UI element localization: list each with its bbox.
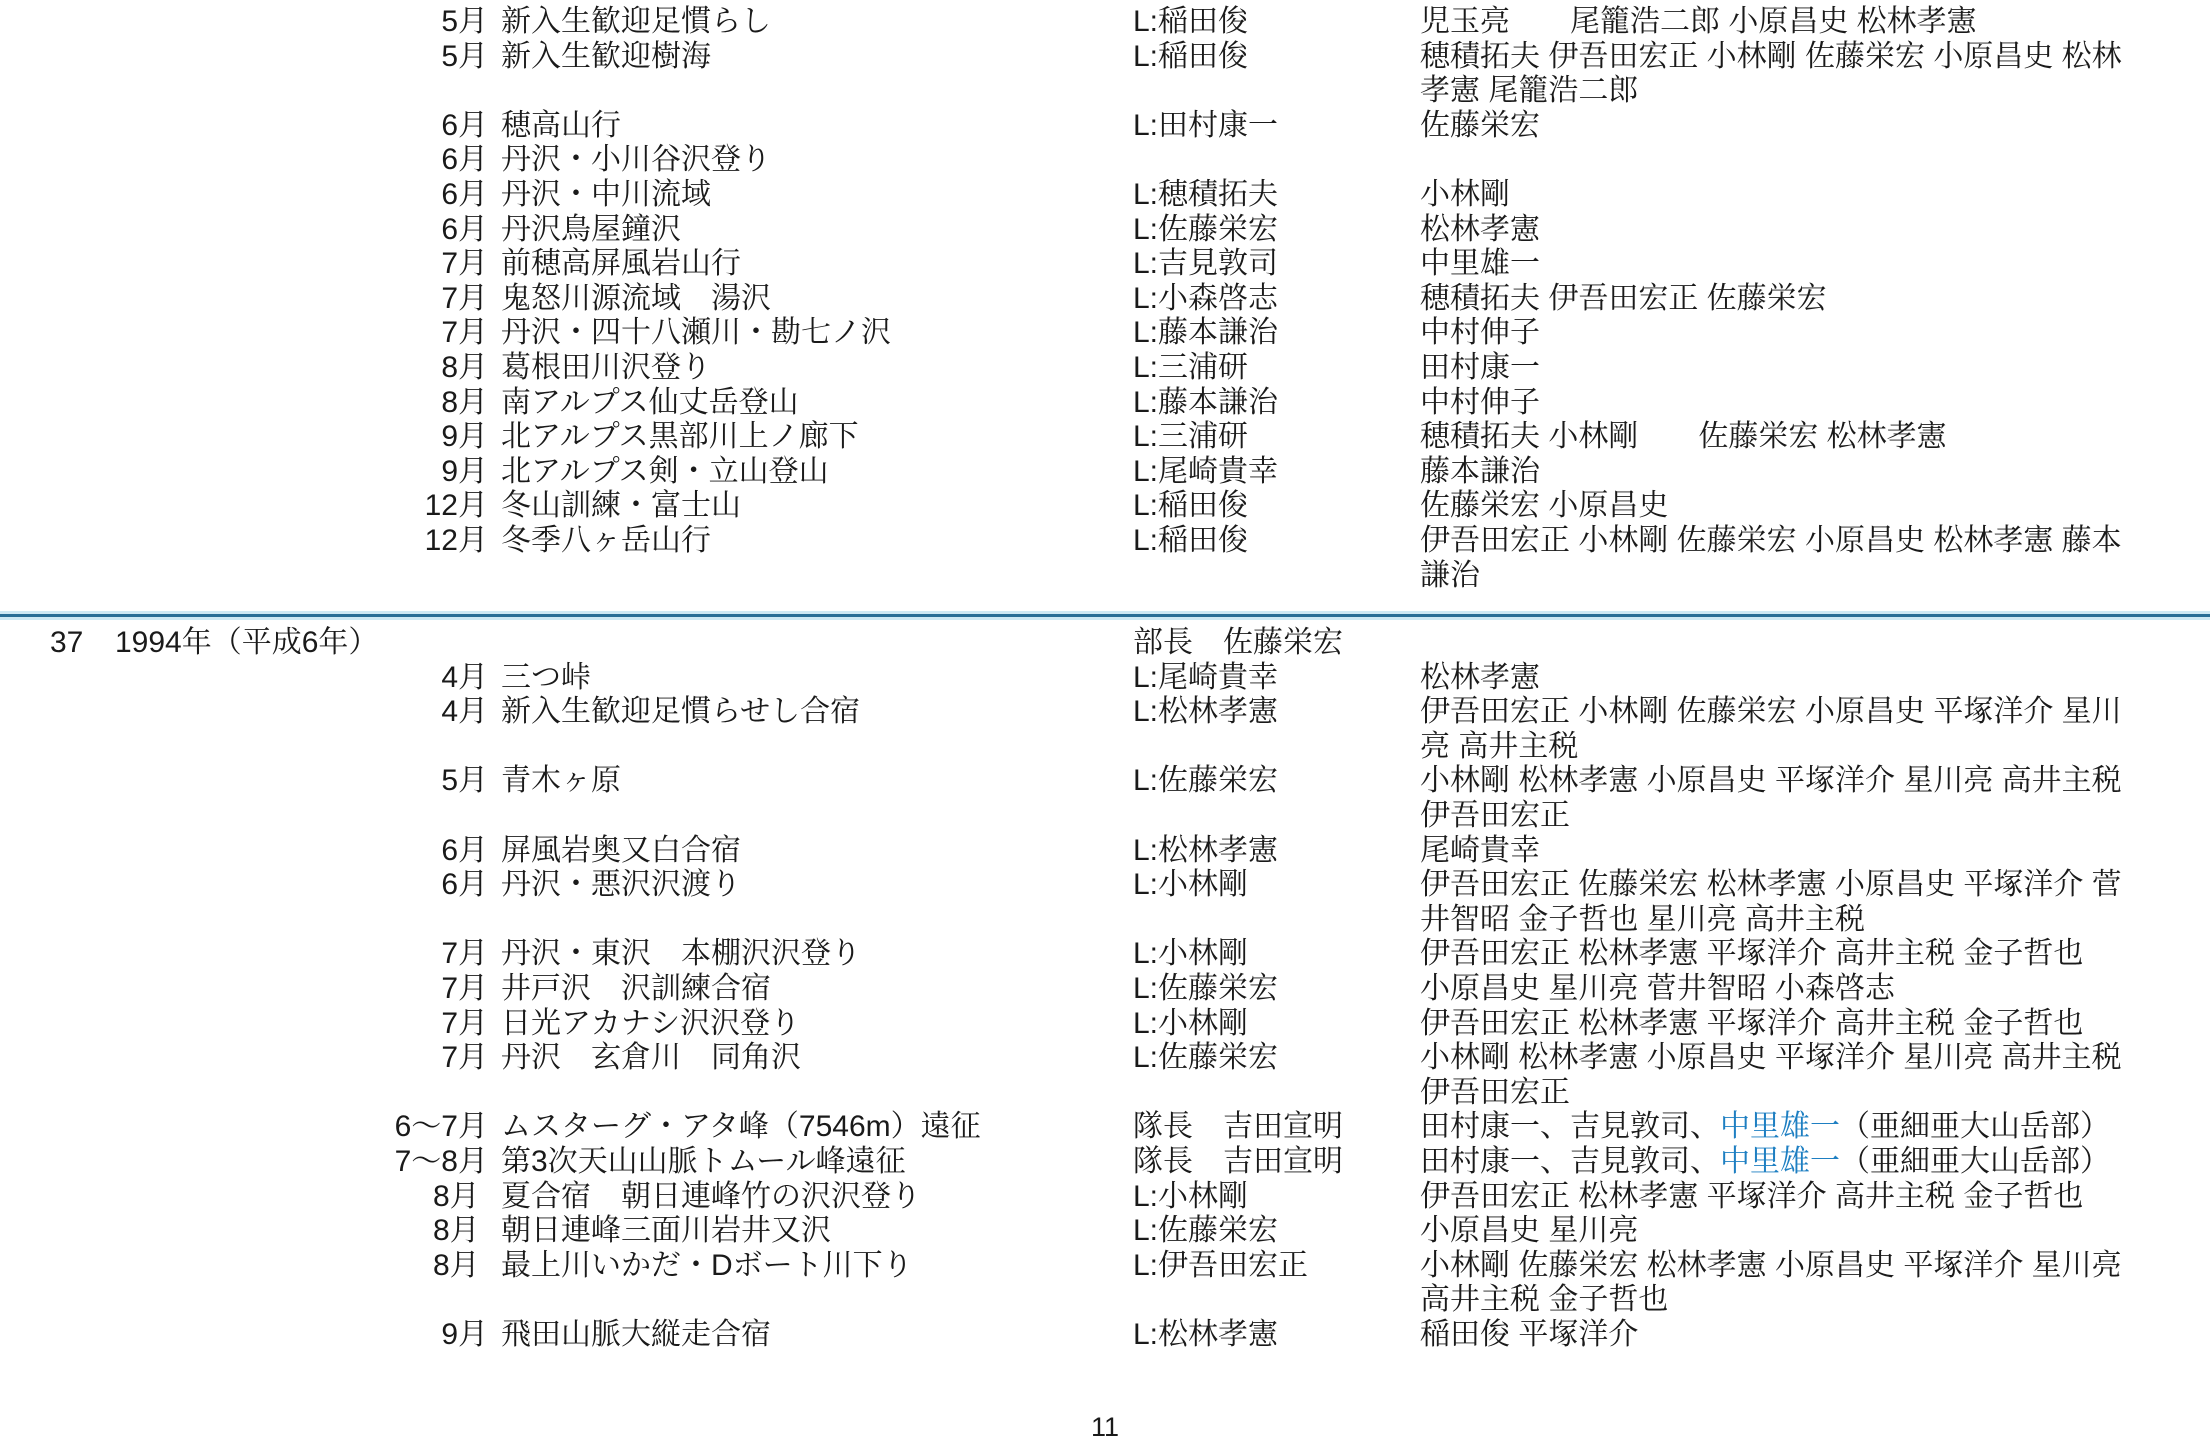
table-row: 5月 新入生歓迎樹海 L:稲田俊 穂積拓夫 伊吾田宏正 小林剛 佐藤栄宏 小原昌… <box>0 40 2210 109</box>
participants-cell: 藤本謙治 <box>1420 455 2145 490</box>
month-cell: 7月 <box>0 316 488 351</box>
activity-cell: 日光アカナシ沢沢登り <box>488 1007 1133 1042</box>
participant-names: 穂積拓夫 小林剛 佐藤栄宏 松林孝憲 <box>1420 420 1947 453</box>
month-cell: 12月 <box>0 489 488 524</box>
year-label: 1994年（平成6年） <box>115 626 1133 661</box>
participants-cell: 尾崎貴幸 <box>1420 834 2145 869</box>
participant-names: 伊吾田宏正 松林孝憲 平塚洋介 高井主税 金子哲也 <box>1420 1007 2083 1040</box>
activity-cell: 屏風岩奥又白合宿 <box>488 834 1133 869</box>
month-cell: 6月 <box>0 213 488 248</box>
leader-cell: L:三浦研 <box>1133 351 1420 386</box>
participants-cell: 小林剛 松林孝憲 小原昌史 平塚洋介 星川亮 高井主税 伊吾田宏正 <box>1420 1041 2145 1110</box>
activity-cell: 丹沢・小川谷沢登り <box>488 143 1133 178</box>
activity-cell: 青木ヶ原 <box>488 764 1133 799</box>
month-cell: 5月 <box>0 40 488 75</box>
leader-cell: L:小林剛 <box>1133 868 1420 903</box>
participant-names: 伊吾田宏正 小林剛 佐藤栄宏 小原昌史 平塚洋介 星川亮 高井主税 <box>1420 695 2122 763</box>
activity-cell: 丹沢鳥屋鐘沢 <box>488 213 1133 248</box>
participant-link[interactable]: 中里雄一 <box>1720 1145 1840 1178</box>
month-cell: 7月 <box>0 937 488 972</box>
table-row: 9月 北アルプス黒部川上ノ廊下 L:三浦研 穂積拓夫 小林剛 佐藤栄宏 松林孝憲 <box>0 420 2210 455</box>
table-row: 6月 丹沢・悪沢沢渡り L:小林剛 伊吾田宏正 佐藤栄宏 松林孝憲 小原昌史 平… <box>0 868 2210 937</box>
leader-cell: L:小林剛 <box>1133 937 1420 972</box>
month-cell: 7月 <box>0 1041 488 1076</box>
activity-cell: 葛根田川沢登り <box>488 351 1133 386</box>
leader-cell: L:佐藤栄宏 <box>1133 1041 1420 1076</box>
leader-cell: L:田村康一 <box>1133 109 1420 144</box>
leader-cell: L:稲田俊 <box>1133 40 1420 75</box>
table-row: 6月 丹沢鳥屋鐘沢 L:佐藤栄宏 松林孝憲 <box>0 213 2210 248</box>
activity-cell: 飛田山脈大縦走合宿 <box>488 1318 1133 1353</box>
leader-cell: L:稲田俊 <box>1133 5 1420 40</box>
leader-cell: L:吉見敦司 <box>1133 247 1420 282</box>
table-row: 7月 日光アカナシ沢沢登り L:小林剛 伊吾田宏正 松林孝憲 平塚洋介 高井主税… <box>0 1007 2210 1042</box>
table-row: 7～8月 第3次天山山脈トムール峰遠征 隊長 吉田宣明 田村康一、吉見敦司、中里… <box>0 1145 2210 1180</box>
participant-names: 穂積拓夫 伊吾田宏正 佐藤栄宏 <box>1420 282 1827 315</box>
table-row: 12月 冬山訓練・富士山 L:稲田俊 佐藤栄宏 小原昌史 <box>0 489 2210 524</box>
participants-cell: 中里雄一 <box>1420 247 2145 282</box>
participant-names: （亜細亜大山岳部） <box>1840 1145 2110 1178</box>
participants-cell: 中村伸子 <box>1420 316 2145 351</box>
participant-names: 佐藤栄宏 小原昌史 <box>1420 489 1668 522</box>
participants-cell: 田村康一、吉見敦司、中里雄一（亜細亜大山岳部） <box>1420 1145 2145 1180</box>
participants-cell: 松林孝憲 <box>1420 213 2145 248</box>
participant-names: 伊吾田宏正 松林孝憲 平塚洋介 高井主税 金子哲也 <box>1420 937 2083 970</box>
activity-cell: 新入生歓迎足慣らし <box>488 5 1133 40</box>
leader-cell: L:佐藤栄宏 <box>1133 1214 1420 1249</box>
month-cell: 6～7月 <box>0 1110 488 1145</box>
participant-names: 穂積拓夫 伊吾田宏正 小林剛 佐藤栄宏 小原昌史 松林孝憲 尾籠浩二郎 <box>1420 40 2122 108</box>
activity-cell: 丹沢 玄倉川 同角沢 <box>488 1041 1133 1076</box>
participants-cell: 伊吾田宏正 松林孝憲 平塚洋介 高井主税 金子哲也 <box>1420 1007 2145 1042</box>
activity-cell: 新入生歓迎足慣らせし合宿 <box>488 695 1133 730</box>
activity-cell: 南アルプス仙丈岳登山 <box>488 386 1133 421</box>
leader-cell: L:尾崎貴幸 <box>1133 661 1420 696</box>
activity-cell: 最上川いかだ・Dボート川下り <box>488 1249 1133 1284</box>
leader-cell: L:藤本謙治 <box>1133 316 1420 351</box>
table-row: 8月 葛根田川沢登り L:三浦研 田村康一 <box>0 351 2210 386</box>
leader-cell: L:藤本謙治 <box>1133 386 1420 421</box>
table-row: 6月 屏風岩奥又白合宿 L:松林孝憲 尾崎貴幸 <box>0 834 2210 869</box>
leader-cell: L:稲田俊 <box>1133 489 1420 524</box>
month-cell: 8月 <box>0 386 488 421</box>
participant-names: 松林孝憲 <box>1420 661 1540 694</box>
month-cell: 9月 <box>0 1318 488 1353</box>
month-cell: 7月 <box>0 1007 488 1042</box>
participant-names: 田村康一 <box>1420 351 1540 384</box>
participant-link[interactable]: 中里雄一 <box>1720 1110 1840 1143</box>
month-cell: 6月 <box>0 143 488 178</box>
activity-cell: 三つ峠 <box>488 661 1133 696</box>
table-row: 6月 丹沢・中川流域 L:穂積拓夫 小林剛 <box>0 178 2210 213</box>
activity-cell: 北アルプス剣・立山登山 <box>488 455 1133 490</box>
leader-cell: L:稲田俊 <box>1133 524 1420 559</box>
month-cell: 7月 <box>0 972 488 1007</box>
table-row: 12月 冬季八ヶ岳山行 L:稲田俊 伊吾田宏正 小林剛 佐藤栄宏 小原昌史 松林… <box>0 524 2210 593</box>
month-cell: 6月 <box>0 178 488 213</box>
year-divider-line <box>0 611 2210 620</box>
participant-names: 田村康一、吉見敦司、 <box>1420 1145 1720 1178</box>
table-row: 5月 新入生歓迎足慣らし L:稲田俊 児玉亮 尾籠浩二郎 小原昌史 松林孝憲 <box>0 5 2210 40</box>
table-row: 8月 朝日連峰三面川岩井又沢 L:佐藤栄宏 小原昌史 星川亮 <box>0 1214 2210 1249</box>
table-row: 7月 前穂高屏風岩山行 L:吉見敦司 中里雄一 <box>0 247 2210 282</box>
activity-cell: 朝日連峰三面川岩井又沢 <box>488 1214 1133 1249</box>
table-row: 7月 丹沢 玄倉川 同角沢 L:佐藤栄宏 小林剛 松林孝憲 小原昌史 平塚洋介 … <box>0 1041 2210 1110</box>
leader-cell: L:尾崎貴幸 <box>1133 455 1420 490</box>
participants-cell: 小林剛 松林孝憲 小原昌史 平塚洋介 星川亮 高井主税 伊吾田宏正 <box>1420 764 2145 833</box>
participants-cell: 伊吾田宏正 松林孝憲 平塚洋介 高井主税 金子哲也 <box>1420 937 2145 972</box>
participant-names: 田村康一、吉見敦司、 <box>1420 1110 1720 1143</box>
participants-cell <box>1420 143 2145 178</box>
leader-cell: 隊長 吉田宣明 <box>1133 1110 1420 1145</box>
month-cell: 12月 <box>0 524 488 559</box>
year-header-row: 37 1994年（平成6年） 部長 佐藤栄宏 <box>0 626 2210 661</box>
leader-cell: L:松林孝憲 <box>1133 1318 1420 1353</box>
table-row: 8月 南アルプス仙丈岳登山 L:藤本謙治 中村伸子 <box>0 386 2210 421</box>
leader-cell: L:三浦研 <box>1133 420 1420 455</box>
participants-cell: 伊吾田宏正 佐藤栄宏 松林孝憲 小原昌史 平塚洋介 菅井智昭 金子哲也 星川亮 … <box>1420 868 2145 937</box>
participant-names: 中村伸子 <box>1420 386 1540 419</box>
activity-cell: ムスターグ・アタ峰（7546m）遠征 <box>488 1110 1133 1145</box>
month-cell: 7月 <box>0 282 488 317</box>
activity-cell: 北アルプス黒部川上ノ廊下 <box>488 420 1133 455</box>
table-row: 7月 丹沢・四十八瀬川・勘七ノ沢 L:藤本謙治 中村伸子 <box>0 316 2210 351</box>
participant-names: 小林剛 <box>1420 178 1510 211</box>
participant-names: 中村伸子 <box>1420 316 1540 349</box>
participant-names: 伊吾田宏正 小林剛 佐藤栄宏 小原昌史 松林孝憲 藤本謙治 <box>1420 524 2122 592</box>
month-cell: 9月 <box>0 455 488 490</box>
month-cell: 4月 <box>0 695 488 730</box>
leader-cell: 隊長 吉田宣明 <box>1133 1145 1420 1180</box>
leader-cell: L:小林剛 <box>1133 1180 1420 1215</box>
leader-cell: L:小林剛 <box>1133 1007 1420 1042</box>
month-cell: 6月 <box>0 834 488 869</box>
participant-names: 小林剛 松林孝憲 小原昌史 平塚洋介 星川亮 高井主税 伊吾田宏正 <box>1420 764 2130 832</box>
participants-cell: 田村康一 <box>1420 351 2145 386</box>
participant-names: 伊吾田宏正 佐藤栄宏 松林孝憲 小原昌史 平塚洋介 菅井智昭 金子哲也 星川亮 … <box>1420 868 2122 936</box>
participants-cell: 穂積拓夫 小林剛 佐藤栄宏 松林孝憲 <box>1420 420 2145 455</box>
participants-cell: 伊吾田宏正 小林剛 佐藤栄宏 小原昌史 平塚洋介 星川亮 高井主税 <box>1420 695 2145 764</box>
leader-cell: L:小森啓志 <box>1133 282 1420 317</box>
participant-names: 稲田俊 平塚洋介 <box>1420 1318 1638 1351</box>
activity-log-page: 5月 新入生歓迎足慣らし L:稲田俊 児玉亮 尾籠浩二郎 小原昌史 松林孝憲 5… <box>0 0 2210 1453</box>
leader-cell <box>1133 143 1420 178</box>
activity-table: 5月 新入生歓迎足慣らし L:稲田俊 児玉亮 尾籠浩二郎 小原昌史 松林孝憲 5… <box>0 5 2210 1353</box>
activity-cell: 冬山訓練・富士山 <box>488 489 1133 524</box>
month-cell: 7月 <box>0 247 488 282</box>
month-cell: 6月 <box>0 109 488 144</box>
month-cell: 5月 <box>0 764 488 799</box>
participant-names: 小林剛 佐藤栄宏 松林孝憲 小原昌史 平塚洋介 星川亮 高井主税 金子哲也 <box>1420 1249 2130 1317</box>
participant-names: 佐藤栄宏 <box>1420 109 1540 142</box>
participants-cell: 稲田俊 平塚洋介 <box>1420 1318 2145 1353</box>
activity-cell: 丹沢・東沢 本棚沢沢登り <box>488 937 1133 972</box>
month-cell: 8月 <box>0 351 488 386</box>
activity-cell: 第3次天山山脈トムール峰遠征 <box>488 1145 1133 1180</box>
table-row: 6月 丹沢・小川谷沢登り <box>0 143 2210 178</box>
participants-cell: 児玉亮 尾籠浩二郎 小原昌史 松林孝憲 <box>1420 5 2145 40</box>
participant-names: 尾崎貴幸 <box>1420 834 1540 867</box>
activity-cell: 鬼怒川源流域 湯沢 <box>488 282 1133 317</box>
month-cell: 7～8月 <box>0 1145 488 1180</box>
participant-names: 伊吾田宏正 松林孝憲 平塚洋介 高井主税 金子哲也 <box>1420 1180 2083 1213</box>
participants-cell: 小原昌史 星川亮 菅井智昭 小森啓志 <box>1420 972 2145 1007</box>
participants-cell: 小林剛 <box>1420 178 2145 213</box>
month-cell: 8月 <box>0 1249 488 1284</box>
participant-names: 松林孝憲 <box>1420 213 1540 246</box>
table-row: 8月 最上川いかだ・Dボート川下り L:伊吾田宏正 小林剛 佐藤栄宏 松林孝憲 … <box>0 1249 2210 1318</box>
table-row: 6月 穂高山行 L:田村康一 佐藤栄宏 <box>0 109 2210 144</box>
month-cell: 6月 <box>0 868 488 903</box>
table-row: 4月 三つ峠 L:尾崎貴幸 松林孝憲 <box>0 661 2210 696</box>
month-cell: 8月 <box>0 1214 488 1249</box>
participant-names: 児玉亮 尾籠浩二郎 小原昌史 松林孝憲 <box>1420 5 1977 38</box>
participants-cell: 佐藤栄宏 <box>1420 109 2145 144</box>
leader-cell: L:佐藤栄宏 <box>1133 764 1420 799</box>
leader-cell: L:穂積拓夫 <box>1133 178 1420 213</box>
page-number: 11 <box>0 1410 2210 1445</box>
table-row: 7月 丹沢・東沢 本棚沢沢登り L:小林剛 伊吾田宏正 松林孝憲 平塚洋介 高井… <box>0 937 2210 972</box>
year-number: 37 <box>50 626 115 661</box>
participant-names: 藤本謙治 <box>1420 455 1540 488</box>
table-row: 8月 夏合宿 朝日連峰竹の沢沢登り L:小林剛 伊吾田宏正 松林孝憲 平塚洋介 … <box>0 1180 2210 1215</box>
activity-cell: 夏合宿 朝日連峰竹の沢沢登り <box>488 1180 1133 1215</box>
table-row: 9月 北アルプス剣・立山登山 L:尾崎貴幸 藤本謙治 <box>0 455 2210 490</box>
table-row: 4月 新入生歓迎足慣らせし合宿 L:松林孝憲 伊吾田宏正 小林剛 佐藤栄宏 小原… <box>0 695 2210 764</box>
participants-cell: 穂積拓夫 伊吾田宏正 小林剛 佐藤栄宏 小原昌史 松林孝憲 尾籠浩二郎 <box>1420 40 2145 109</box>
participants-cell: 小林剛 佐藤栄宏 松林孝憲 小原昌史 平塚洋介 星川亮 高井主税 金子哲也 <box>1420 1249 2145 1318</box>
club-head-cell: 部長 佐藤栄宏 <box>1133 626 2210 661</box>
participants-cell: 伊吾田宏正 小林剛 佐藤栄宏 小原昌史 松林孝憲 藤本謙治 <box>1420 524 2145 593</box>
participant-names: 中里雄一 <box>1420 247 1540 280</box>
activity-cell: 丹沢・四十八瀬川・勘七ノ沢 <box>488 316 1133 351</box>
activity-cell: 穂高山行 <box>488 109 1133 144</box>
activity-cell: 新入生歓迎樹海 <box>488 40 1133 75</box>
participants-cell: 伊吾田宏正 松林孝憲 平塚洋介 高井主税 金子哲也 <box>1420 1180 2145 1215</box>
leader-cell: L:松林孝憲 <box>1133 834 1420 869</box>
table-row: 5月 青木ヶ原 L:佐藤栄宏 小林剛 松林孝憲 小原昌史 平塚洋介 星川亮 高井… <box>0 764 2210 833</box>
activity-cell: 丹沢・中川流域 <box>488 178 1133 213</box>
leader-cell: L:佐藤栄宏 <box>1133 213 1420 248</box>
table-row: 7月 鬼怒川源流域 湯沢 L:小森啓志 穂積拓夫 伊吾田宏正 佐藤栄宏 <box>0 282 2210 317</box>
month-cell: 8月 <box>0 1180 488 1215</box>
table-row: 9月 飛田山脈大縦走合宿 L:松林孝憲 稲田俊 平塚洋介 <box>0 1318 2210 1353</box>
participants-cell: 穂積拓夫 伊吾田宏正 佐藤栄宏 <box>1420 282 2145 317</box>
leader-cell: L:佐藤栄宏 <box>1133 972 1420 1007</box>
participant-names: 小原昌史 星川亮 <box>1420 1214 1638 1247</box>
activity-cell: 井戸沢 沢訓練合宿 <box>488 972 1133 1007</box>
participants-cell: 松林孝憲 <box>1420 661 2145 696</box>
participant-names: （亜細亜大山岳部） <box>1840 1110 2110 1143</box>
participant-names: 小原昌史 星川亮 菅井智昭 小森啓志 <box>1420 972 1895 1005</box>
activity-cell: 前穂高屏風岩山行 <box>488 247 1133 282</box>
activity-cell: 冬季八ヶ岳山行 <box>488 524 1133 559</box>
activity-cell: 丹沢・悪沢沢渡り <box>488 868 1133 903</box>
participants-cell: 小原昌史 星川亮 <box>1420 1214 2145 1249</box>
month-cell: 4月 <box>0 661 488 696</box>
participant-names: 小林剛 松林孝憲 小原昌史 平塚洋介 星川亮 高井主税 伊吾田宏正 <box>1420 1041 2130 1109</box>
month-cell: 9月 <box>0 420 488 455</box>
participants-cell: 佐藤栄宏 小原昌史 <box>1420 489 2145 524</box>
month-cell: 5月 <box>0 5 488 40</box>
participants-cell: 中村伸子 <box>1420 386 2145 421</box>
table-row: 7月 井戸沢 沢訓練合宿 L:佐藤栄宏 小原昌史 星川亮 菅井智昭 小森啓志 <box>0 972 2210 1007</box>
leader-cell: L:松林孝憲 <box>1133 695 1420 730</box>
leader-cell: L:伊吾田宏正 <box>1133 1249 1420 1284</box>
participants-cell: 田村康一、吉見敦司、中里雄一（亜細亜大山岳部） <box>1420 1110 2145 1145</box>
table-row: 6～7月 ムスターグ・アタ峰（7546m）遠征 隊長 吉田宣明 田村康一、吉見敦… <box>0 1110 2210 1145</box>
